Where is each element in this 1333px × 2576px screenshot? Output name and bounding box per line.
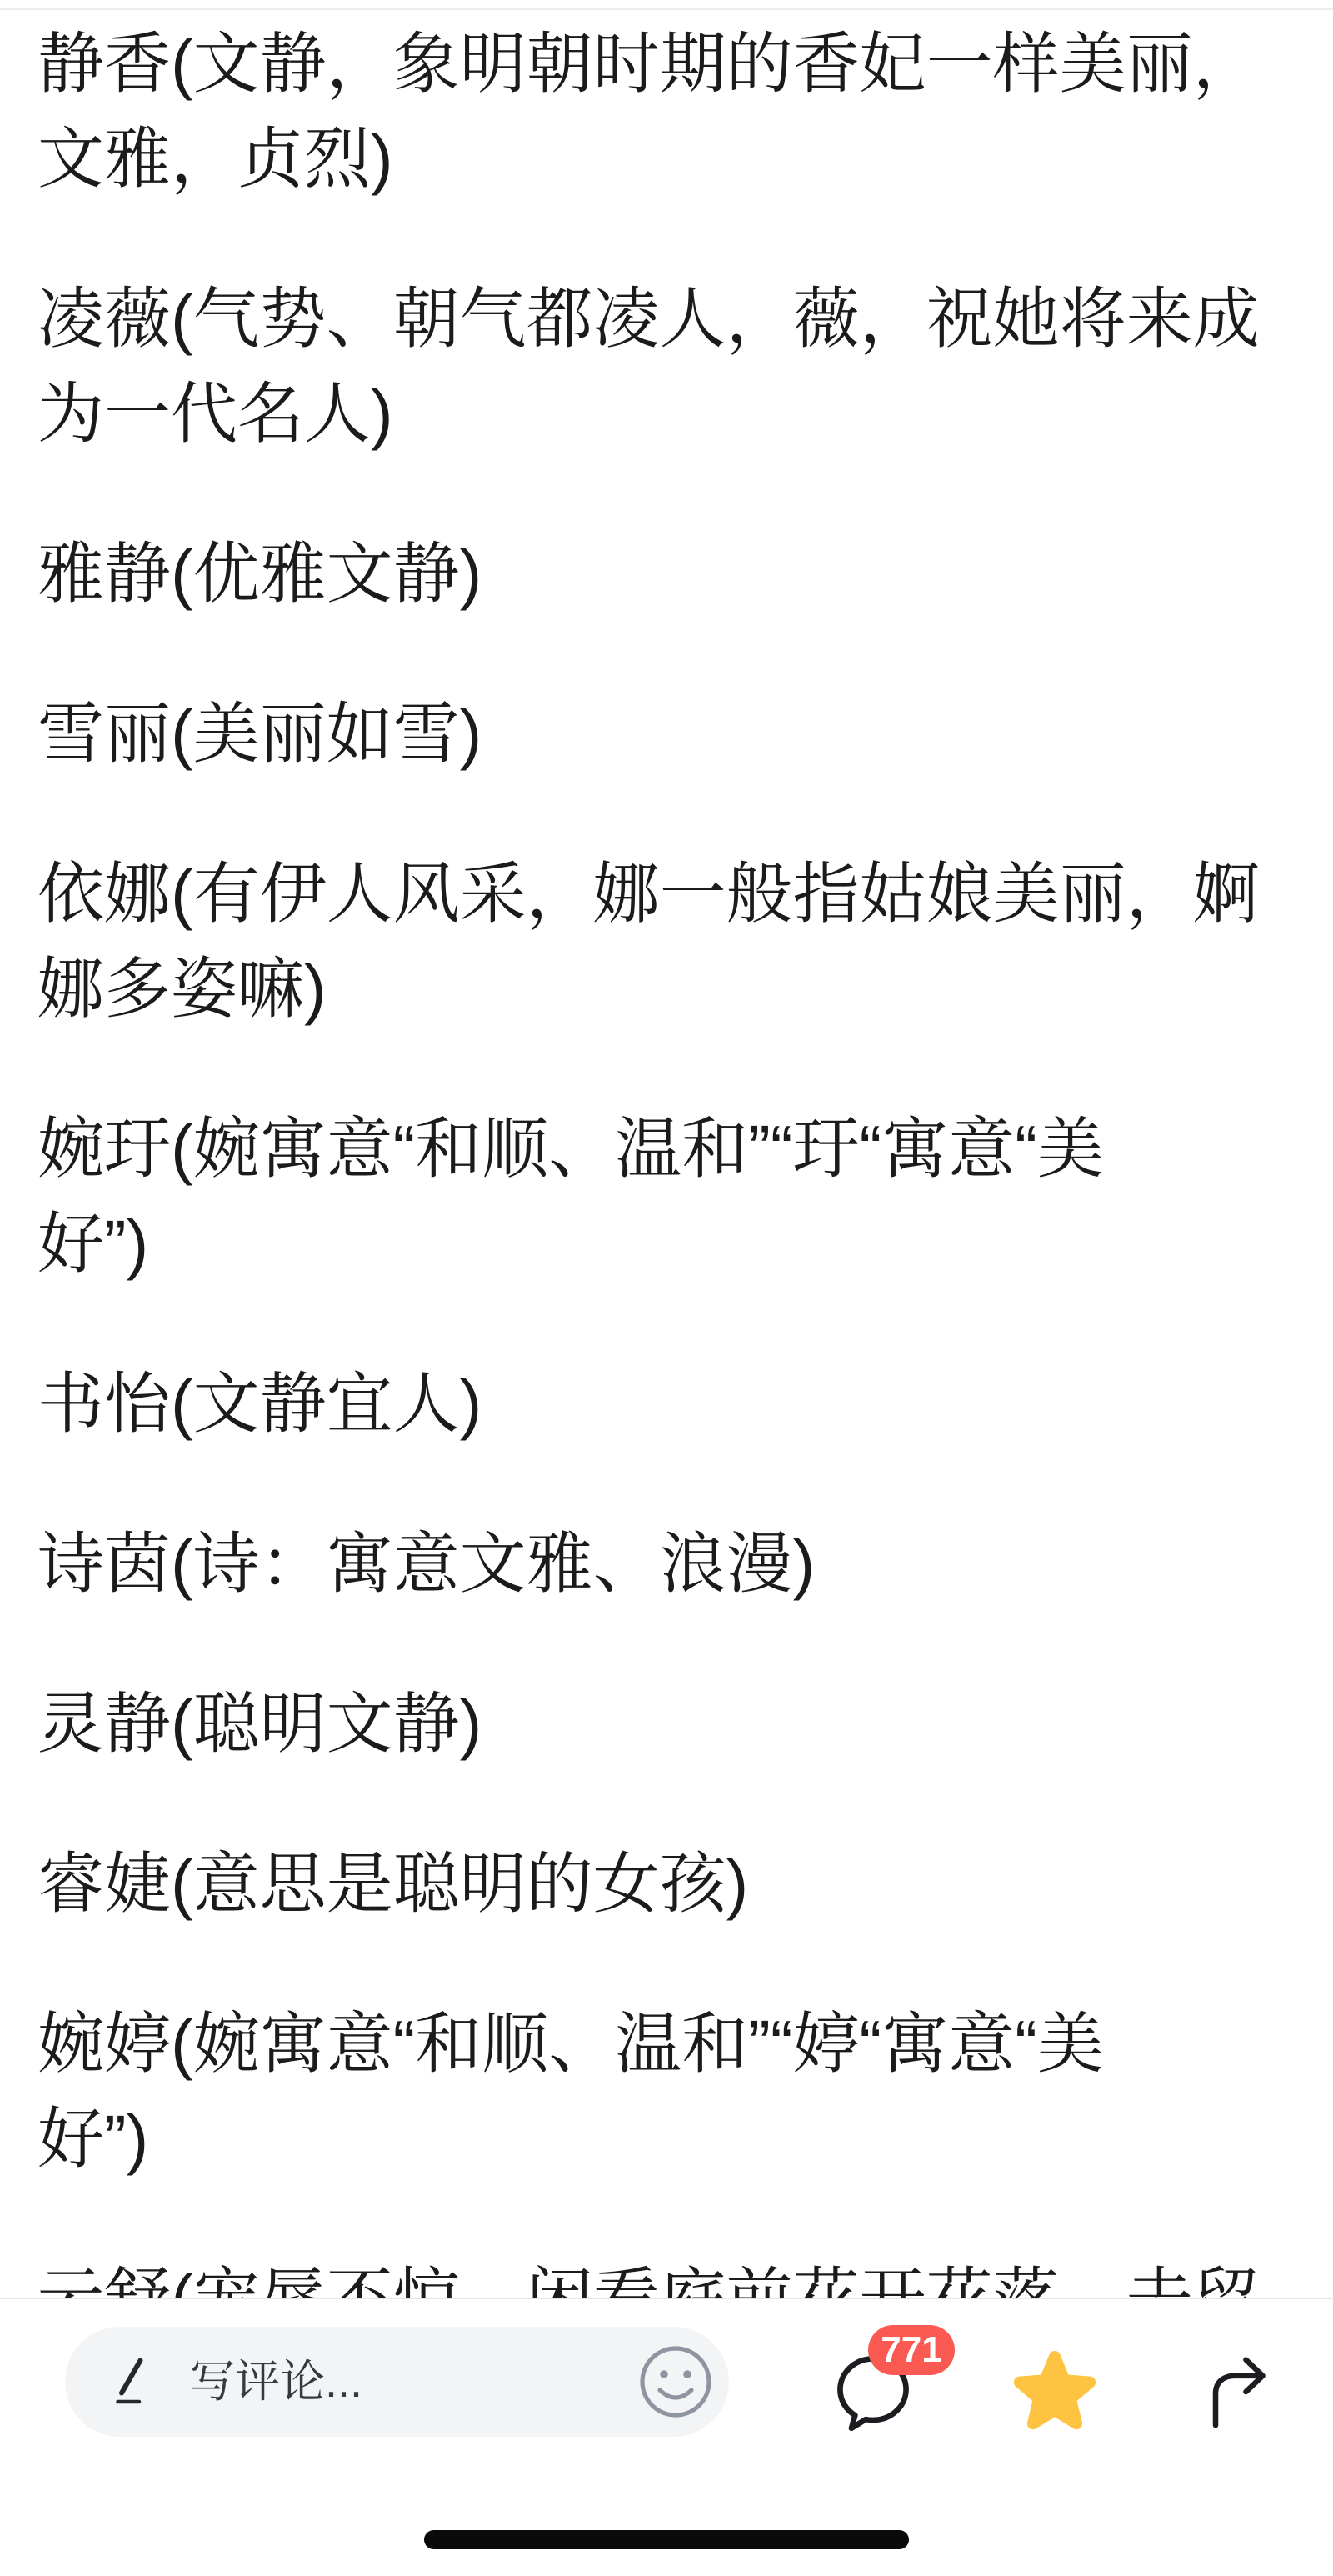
name-paragraph: 婉玗(婉寓意“和顺、温和”“玗“寓意“美 好”)	[37, 1102, 1296, 1292]
star-icon	[1008, 2345, 1101, 2438]
comment-toolbar: 写评论... 771	[0, 2298, 1333, 2576]
comment-count-badge: 771	[868, 2325, 955, 2375]
name-paragraph: 灵静(聪明文静)	[37, 1677, 1296, 1772]
share-button[interactable]	[1196, 2353, 1273, 2430]
name-paragraph: 诗茵(诗：寓意文雅、浪漫)	[37, 1517, 1296, 1612]
name-paragraph: 雪丽(美丽如雪)	[37, 687, 1296, 782]
comment-input[interactable]: 写评论...	[65, 2327, 729, 2437]
name-paragraph: 雅静(优雅文静)	[37, 527, 1296, 622]
name-paragraph: 婉婷(婉寓意“和顺、温和”“婷“寓意“美 好”)	[37, 1997, 1296, 2187]
pencil-icon	[102, 2352, 162, 2412]
comment-placeholder: 写评论...	[190, 2327, 362, 2437]
article-content[interactable]: 静香(文静，象明朝时期的香妃一样美丽， 文雅，贞烈) 凌薇(气势、朝气都凌人，薇…	[0, 10, 1333, 2298]
name-paragraph: 书怡(文静宜人)	[37, 1357, 1296, 1452]
app-screen: 静香(文静，象明朝时期的香妃一样美丽， 文雅，贞烈) 凌薇(气势、朝气都凌人，薇…	[0, 0, 1333, 2576]
name-paragraph: 凌薇(气势、朝气都凌人，薇，祝她将来成 为一代名人)	[37, 272, 1296, 462]
emoji-smile-icon[interactable]	[636, 2342, 716, 2422]
share-arrow-icon	[1196, 2353, 1273, 2430]
name-paragraph-clipped: 云舒(宠辱不惊，闲看庭前花开花落，去留	[37, 2252, 1296, 2298]
name-paragraph: 睿婕(意思是聪明的女孩)	[37, 1837, 1296, 1932]
name-paragraph: 静香(文静，象明朝时期的香妃一样美丽， 文雅，贞烈)	[37, 17, 1296, 207]
favorite-button[interactable]	[1008, 2345, 1101, 2438]
name-paragraph: 依娜(有伊人风采，娜一般指姑娘美丽，婀 娜多姿嘛)	[37, 847, 1296, 1037]
home-indicator[interactable]	[424, 2530, 909, 2549]
